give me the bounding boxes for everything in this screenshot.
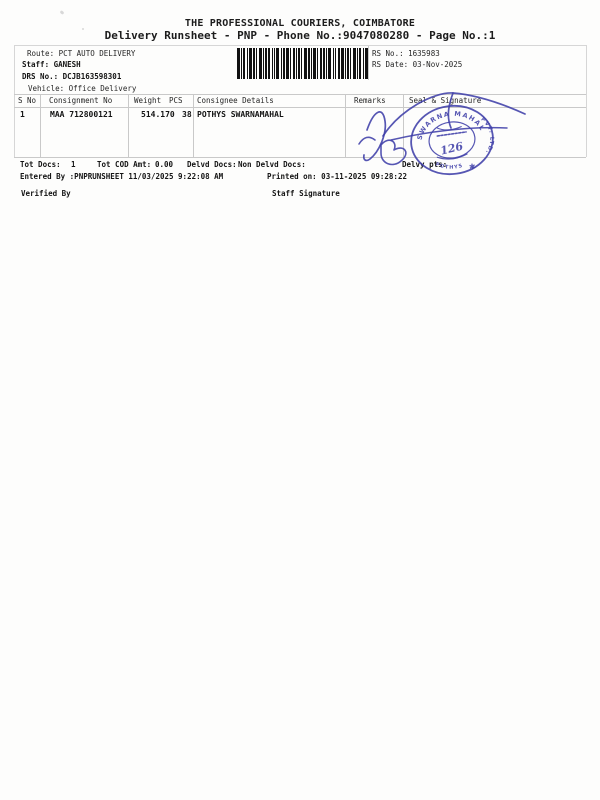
table-header-top-border [14,94,586,95]
col-divider [403,94,404,157]
col-divider [345,94,346,157]
col-header-weight: Weight [134,97,161,105]
cell-consignee: POTHYS SWARNAMAHAL [197,111,284,120]
vehicle-field: Vehicle: Office Delivery [28,85,136,93]
table-header-bottom-border [14,107,586,108]
col-divider [128,94,129,157]
entered-by-field: Entered By :PNPRUNSHEET 11/03/2025 9:22:… [20,173,223,181]
col-divider [193,94,194,157]
cell-pcs: 38 [182,111,192,120]
table-bottom-border [14,157,586,158]
rs-date-field: RS Date: 03-Nov-2025 [372,61,462,69]
route-field: Route: PCT AUTO DELIVERY [27,50,135,58]
box-top-border [14,45,586,46]
col-header-pcs: PCS [169,97,183,105]
box-right-border [586,45,587,157]
tot-cod-value: 0.00 [155,161,173,169]
col-header-consignment: Consignment No [49,97,112,105]
delvd-docs-label: Delvd Docs: [187,161,237,169]
cell-sno: 1 [20,111,25,120]
stamp-company-name: SWARNA MAHAL [412,105,487,142]
staff-field: Staff: GANESH [22,61,81,69]
col-header-seal: Seal & Signature [409,97,481,105]
barcode-right-divider [368,46,369,80]
printed-on-field: Printed on: 03-11-2025 09:28:22 [267,173,407,181]
box-left-border [14,45,15,157]
barcode [237,48,368,80]
stamp-pvt-ltd: PVT. LTD. [479,115,497,155]
non-delvd-docs-label: Non Delvd Docs: [238,161,306,169]
rs-no-field: RS No.: 1635983 [372,50,440,58]
tot-docs-value: 1 [71,161,76,169]
runsheet-page: THE PROFESSIONAL COURIERS, COIMBATORE De… [0,0,600,800]
tot-cod-label: Tot COD Amt: [97,161,151,169]
col-header-sno: S No [18,97,36,105]
page-title: THE PROFESSIONAL COURIERS, COIMBATORE [0,18,600,29]
stamp-star-icon: ✱ [468,162,476,172]
svg-text:SWARNA MAHAL: SWARNA MAHAL [412,105,487,142]
drs-no-field: DRS No.: DCJB163598301 [22,73,121,81]
delvy-pts-label: Delvy pts: [402,161,447,169]
verified-by-label: Verified By [21,190,71,198]
page-subtitle: Delivery Runsheet - PNP - Phone No.:9047… [0,30,600,42]
cell-weight: 514.170 [141,111,175,120]
col-header-consignee: Consignee Details [197,97,274,105]
cell-consignment-no: MAA 712800121 [50,111,113,120]
scan-speck [60,10,65,15]
svg-text:PVT. LTD.: PVT. LTD. [479,115,497,155]
tot-docs-label: Tot Docs: [20,161,61,169]
stamp-handwritten-number: 126 [439,140,465,158]
col-header-remarks: Remarks [354,97,386,105]
staff-signature-label: Staff Signature [272,190,340,198]
col-divider [40,94,41,157]
